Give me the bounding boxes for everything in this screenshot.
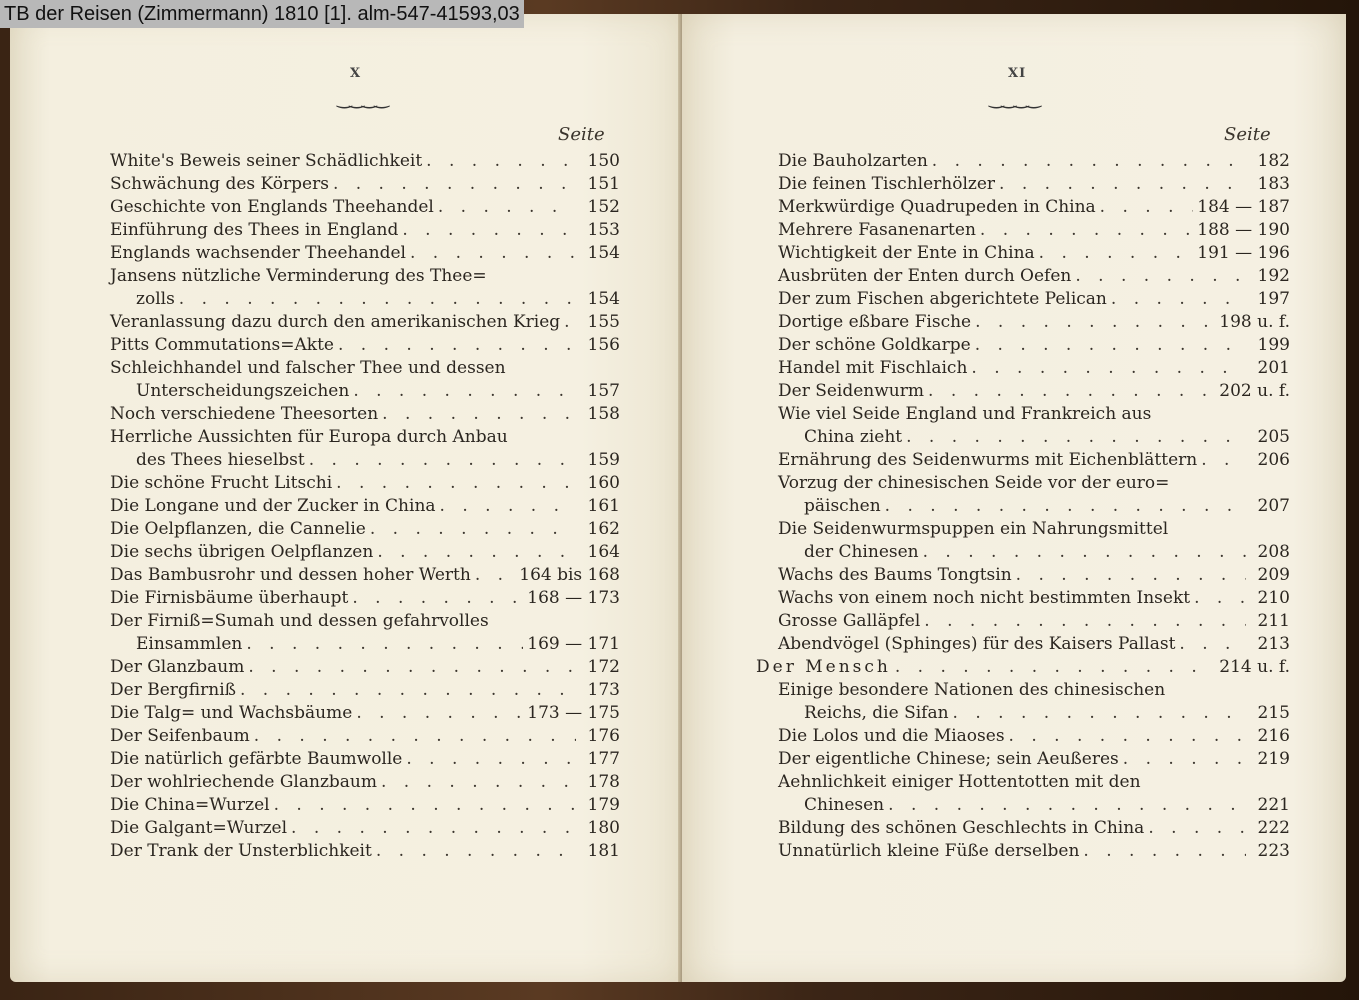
entry-title: zolls [110,288,175,311]
leader-dots [1179,633,1246,656]
leader-dots [928,380,1215,403]
toc-entry: Der eigentliche Chinese; sein Aeußeres 2… [778,748,1290,771]
entry-title: päischen [778,495,881,518]
toc-entry: Die Longane und der Zucker in China 161 [110,495,620,518]
toc-entry: Die Firnisbäume überhaupt 168 — 173 [110,587,620,610]
leader-dots [246,633,523,656]
entry-title: Aehnlichkeit einiger Hottentotten mit de… [778,771,1141,794]
entry-title: Chinesen [778,794,884,817]
leader-dots [376,840,576,863]
toc-entry: Der schöne Goldkarpe 199 [778,334,1290,357]
toc-entry: päischen 207 [778,495,1290,518]
entry-page-number: 179 [580,794,620,817]
entry-title: Unterscheidungszeichen [110,380,349,403]
entry-page-number: 169 — 171 [527,633,620,656]
entry-title: der Chinesen [778,541,919,564]
entry-page-number: 156 [580,334,620,357]
entry-page-number: 158 [580,403,620,426]
ornament-divider: ‿‿‿‿ [302,94,422,104]
leader-dots [240,679,576,702]
entry-title: Herrliche Aussichten für Europa durch An… [110,426,508,449]
entry-page-number: 150 [580,150,620,173]
toc-entry: Noch verschiedene Theesorten 158 [110,403,620,426]
entry-title: Reichs, die Sifan [778,702,949,725]
leader-dots [975,311,1215,334]
column-header-seite: Seite [1224,124,1271,145]
entry-page-number: 214 u. f. [1219,656,1290,679]
entry-title: Der Glanzbaum [110,656,244,679]
toc-entry: Der zum Fischen abgerichtete Pelican 197 [778,288,1290,311]
leader-dots [999,173,1246,196]
toc-entry: Einführung des Thees in England 153 [110,219,620,242]
entry-page-number: 176 [580,725,620,748]
leader-dots [338,334,576,357]
toc-entry: Reichs, die Sifan 215 [778,702,1290,725]
leader-dots [336,472,576,495]
entry-title: Die Seidenwurmspuppen ein Nahrungsmittel [778,518,1168,541]
entry-title: Die Oelpflanzen, die Cannelie [110,518,366,541]
entry-page-number: 201 [1250,357,1290,380]
toc-entry: Unterscheidungszeichen 157 [110,380,620,403]
toc-entry: Englands wachsender Theehandel 154 [110,242,620,265]
leader-dots [377,541,576,564]
entry-title: Abendvögel (Sphinges) für des Kaisers Pa… [778,633,1175,656]
toc-entry: Der Seifenbaum 176 [110,725,620,748]
entry-title: Englands wachsender Theehandel [110,242,406,265]
entry-page-number: 161 [580,495,620,518]
entry-page-number: 181 [580,840,620,863]
entry-page-number: 223 [1250,840,1290,863]
toc-entry: Der Glanzbaum 172 [110,656,620,679]
ornament-divider: ‿‿‿‿ [954,94,1074,104]
toc-entry: der Chinesen 208 [778,541,1290,564]
toc-entry: Die feinen Tischlerhölzer 183 [778,173,1290,196]
entry-title: Die schöne Frucht Litschi [110,472,332,495]
entry-title: Der eigentliche Chinese; sein Aeußeres [778,748,1119,771]
leader-dots [438,196,576,219]
entry-page-number: 219 [1250,748,1290,771]
entry-page-number: 155 [580,311,620,334]
toc-entry: Chinesen 221 [778,794,1290,817]
entry-title: Der schöne Goldkarpe [778,334,971,357]
toc-entry: Abendvögel (Sphinges) für des Kaisers Pa… [778,633,1290,656]
toc-entry: Die Oelpflanzen, die Cannelie 162 [110,518,620,541]
entry-title: Die Lolos und die Miaoses [778,725,1005,748]
leader-dots [370,518,576,541]
leader-dots [1009,725,1246,748]
toc-entry: Das Bambusrohr und dessen hoher Werth 16… [110,564,620,587]
leader-dots [953,702,1246,725]
toc-entry: Pitts Commutations=Akte 156 [110,334,620,357]
toc-entry: Die China=Wurzel 179 [110,794,620,817]
toc-entry: Geschichte von Englands Theehandel 152 [110,196,620,219]
leader-dots [352,587,523,610]
toc-entry: Die sechs übrigen Oelpflanzen 164 [110,541,620,564]
toc-entry: Die Talg= und Wachsbäume 173 — 175 [110,702,620,725]
entry-page-number: 159 [580,449,620,472]
toc-entry: Der wohlriechende Glanzbaum 178 [110,771,620,794]
entry-title: Die Talg= und Wachsbäume [110,702,352,725]
entry-title: Pitts Commutations=Akte [110,334,334,357]
leader-dots [356,702,523,725]
leader-dots [426,150,576,173]
leader-dots [440,495,576,518]
entry-title: Einige besondere Nationen des chinesisch… [778,679,1165,702]
leader-dots [932,150,1246,173]
entry-title: Einführung des Thees in England [110,219,398,242]
toc-entry: Die Galgant=Wurzel 180 [110,817,620,840]
page-folio: XI [1008,66,1026,81]
toc-entry: Die schöne Frucht Litschi 160 [110,472,620,495]
toc-entry: Schwächung des Körpers 151 [110,173,620,196]
entry-title: Der Trank der Unsterblichkeit [110,840,372,863]
entry-page-number: 180 [580,817,620,840]
entry-title: Dortige eßbare Fische [778,311,971,334]
toc-entry: White's Beweis seiner Schädlichkeit 150 [110,150,620,173]
toc-entry: Handel mit Fischlaich 201 [778,357,1290,380]
leader-dots [353,380,576,403]
leader-dots [179,288,576,311]
toc-entry: Der Mensch 214 u. f. [756,656,1290,679]
entry-title: Die natürlich gefärbte Baumwolle [110,748,402,771]
leader-dots [274,794,576,817]
entry-title: Der Seifenbaum [110,725,250,748]
table-of-contents: Die Bauholzarten 182 Die feinen Tischler… [778,150,1290,863]
entry-page-number: 222 [1250,817,1290,840]
toc-entry: Einsammlen 169 — 171 [110,633,620,656]
entry-title: Der Seidenwurm [778,380,924,403]
leader-dots [410,242,576,265]
toc-entry: Herrliche Aussichten für Europa durch An… [110,426,620,449]
entry-title: Schwächung des Körpers [110,173,329,196]
column-header-seite: Seite [558,124,605,145]
entry-title: Vorzug der chinesischen Seide vor der eu… [778,472,1169,495]
entry-page-number: 216 [1250,725,1290,748]
entry-title: China zieht [778,426,902,449]
leader-dots [382,403,576,426]
toc-entry: Merkwürdige Quadrupeden in China 184 — 1… [778,196,1290,219]
entry-page-number: 192 [1250,265,1290,288]
toc-entry: Unnatürlich kleine Füße derselben 223 [778,840,1290,863]
toc-entry: Der Firniß=Sumah und dessen gefahrvolles [110,610,620,633]
left-page: X ‿‿‿‿ Seite White's Beweis seiner Schäd… [10,14,682,982]
leader-dots [248,656,576,679]
leader-dots [381,771,576,794]
toc-entry: Bildung des schönen Geschlechts in China… [778,817,1290,840]
entry-title: Die feinen Tischlerhölzer [778,173,995,196]
entry-title: Die Galgant=Wurzel [110,817,287,840]
entry-page-number: 206 [1250,449,1290,472]
leader-dots [309,449,576,472]
entry-page-number: 162 [580,518,620,541]
entry-page-number: 215 [1250,702,1290,725]
leader-dots [333,173,576,196]
leader-dots [1111,288,1246,311]
leader-dots [1194,587,1246,610]
toc-entry: Wichtigkeit der Ente in China 191 — 196 [778,242,1290,265]
leader-dots [406,748,576,771]
toc-entry: Jansens nützliche Verminderung des Thee= [110,265,620,288]
entry-page-number: 151 [580,173,620,196]
entry-page-number: 154 [580,242,620,265]
leader-dots [975,334,1246,357]
toc-entry: Schleichhandel und falscher Thee und des… [110,357,620,380]
leader-dots [885,495,1246,518]
leader-dots [1123,748,1246,771]
toc-entry: Wie viel Seide England und Frankreich au… [778,403,1290,426]
leader-dots [924,610,1246,633]
entry-page-number: 153 [580,219,620,242]
entry-page-number: 168 — 173 [527,587,620,610]
entry-title: White's Beweis seiner Schädlichkeit [110,150,422,173]
entry-page-number: 164 [580,541,620,564]
entry-page-number: 173 — 175 [527,702,620,725]
entry-title: Die China=Wurzel [110,794,270,817]
leader-dots [1016,564,1246,587]
entry-title: Veranlassung dazu durch den amerikanisch… [110,311,560,334]
entry-title: Wichtigkeit der Ente in China [778,242,1035,265]
entry-page-number: 164 bis 168 [519,564,620,587]
toc-entry: Die Bauholzarten 182 [778,150,1290,173]
leader-dots [402,219,576,242]
entry-title: Die Longane und der Zucker in China [110,495,436,518]
leader-dots [906,426,1246,449]
entry-title: Grosse Galläpfel [778,610,920,633]
entry-title: Der zum Fischen abgerichtete Pelican [778,288,1107,311]
entry-page-number: 173 [580,679,620,702]
leader-dots [980,219,1193,242]
entry-title: Mehrere Fasanenarten [778,219,976,242]
entry-page-number: 207 [1250,495,1290,518]
entry-page-number: 177 [580,748,620,771]
entry-page-number: 182 [1250,150,1290,173]
entry-title: Wachs von einem noch nicht bestimmten In… [778,587,1190,610]
entry-page-number: 213 [1250,633,1290,656]
entry-page-number: 221 [1250,794,1290,817]
toc-entry: Einige besondere Nationen des chinesisch… [778,679,1290,702]
entry-title: Merkwürdige Quadrupeden in China [778,196,1096,219]
entry-title: Das Bambusrohr und dessen hoher Werth [110,564,471,587]
entry-title: Die sechs übrigen Oelpflanzen [110,541,373,564]
toc-entry: Dortige eßbare Fische 198 u. f. [778,311,1290,334]
entry-page-number: 183 [1250,173,1290,196]
entry-page-number: 210 [1250,587,1290,610]
toc-entry: Vorzug der chinesischen Seide vor der eu… [778,472,1290,495]
entry-page-number: 199 [1250,334,1290,357]
leader-dots [254,725,576,748]
toc-entry: des Thees hieselbst 159 [110,449,620,472]
table-of-contents: White's Beweis seiner Schädlichkeit 150 … [110,150,620,863]
entry-title: Noch verschiedene Theesorten [110,403,378,426]
entry-page-number: 198 u. f. [1219,311,1290,334]
entry-title: Einsammlen [110,633,242,656]
toc-entry: Der Seidenwurm 202 u. f. [778,380,1290,403]
entry-page-number: 197 [1250,288,1290,311]
entry-title: Der Firniß=Sumah und dessen gefahrvolles [110,610,489,633]
entry-page-number: 188 — 190 [1197,219,1290,242]
entry-title: Der Mensch [756,656,891,679]
entry-page-number: 202 u. f. [1219,380,1290,403]
entry-title: Unnatürlich kleine Füße derselben [778,840,1079,863]
toc-entry: Mehrere Fasanenarten 188 — 190 [778,219,1290,242]
entry-title: Ausbrüten der Enten durch Oefen [778,265,1071,288]
page-folio: X [350,66,361,81]
leader-dots [291,817,576,840]
leader-dots [564,311,576,334]
entry-title: Jansens nützliche Verminderung des Thee= [110,265,487,288]
leader-dots [1039,242,1194,265]
entry-page-number: 208 [1250,541,1290,564]
entry-page-number: 191 — 196 [1197,242,1290,265]
right-page: XI ‿‿‿‿ Seite Die Bauholzarten 182 Die f… [682,14,1346,982]
entry-title: Wie viel Seide England und Frankreich au… [778,403,1151,426]
toc-entry: Wachs des Baums Tongtsin 209 [778,564,1290,587]
entry-page-number: 154 [580,288,620,311]
toc-entry: zolls 154 [110,288,620,311]
leader-dots [971,357,1246,380]
toc-entry: Die natürlich gefärbte Baumwolle 177 [110,748,620,771]
entry-title: Der wohlriechende Glanzbaum [110,771,377,794]
entry-page-number: 205 [1250,426,1290,449]
leader-dots [1100,196,1194,219]
leader-dots [923,541,1246,564]
toc-entry: Die Seidenwurmspuppen ein Nahrungsmittel [778,518,1290,541]
entry-page-number: 209 [1250,564,1290,587]
entry-page-number: 184 — 187 [1197,196,1290,219]
entry-page-number: 152 [580,196,620,219]
leader-dots [895,656,1215,679]
leader-dots [1148,817,1246,840]
toc-entry: Grosse Galläpfel 211 [778,610,1290,633]
entry-title: Schleichhandel und falscher Thee und des… [110,357,506,380]
entry-title: Handel mit Fischlaich [778,357,967,380]
entry-title: Bildung des schönen Geschlechts in China [778,817,1144,840]
toc-entry: Der Trank der Unsterblichkeit 181 [110,840,620,863]
toc-entry: Die Lolos und die Miaoses 216 [778,725,1290,748]
leader-dots [1201,449,1246,472]
entry-page-number: 160 [580,472,620,495]
entry-page-number: 178 [580,771,620,794]
entry-title: Der Bergfirniß [110,679,236,702]
entry-title: Die Bauholzarten [778,150,928,173]
toc-entry: Veranlassung dazu durch den amerikanisch… [110,311,620,334]
entry-title: Geschichte von Englands Theehandel [110,196,434,219]
toc-entry: Wachs von einem noch nicht bestimmten In… [778,587,1290,610]
entry-page-number: 172 [580,656,620,679]
entry-title: Ernährung des Seidenwurms mit Eichenblät… [778,449,1197,472]
leader-dots [1083,840,1246,863]
entry-page-number: 157 [580,380,620,403]
leader-dots [1075,265,1246,288]
entry-title: Die Firnisbäume überhaupt [110,587,348,610]
image-caption: TB der Reisen (Zimmermann) 1810 [1]. alm… [0,0,524,28]
entry-title: Wachs des Baums Tongtsin [778,564,1012,587]
entry-page-number: 211 [1250,610,1290,633]
leader-dots [475,564,515,587]
leader-dots [888,794,1246,817]
entry-title: des Thees hieselbst [110,449,305,472]
toc-entry: Der Bergfirniß 173 [110,679,620,702]
toc-entry: China zieht 205 [778,426,1290,449]
toc-entry: Ernährung des Seidenwurms mit Eichenblät… [778,449,1290,472]
toc-entry: Ausbrüten der Enten durch Oefen 192 [778,265,1290,288]
toc-entry: Aehnlichkeit einiger Hottentotten mit de… [778,771,1290,794]
